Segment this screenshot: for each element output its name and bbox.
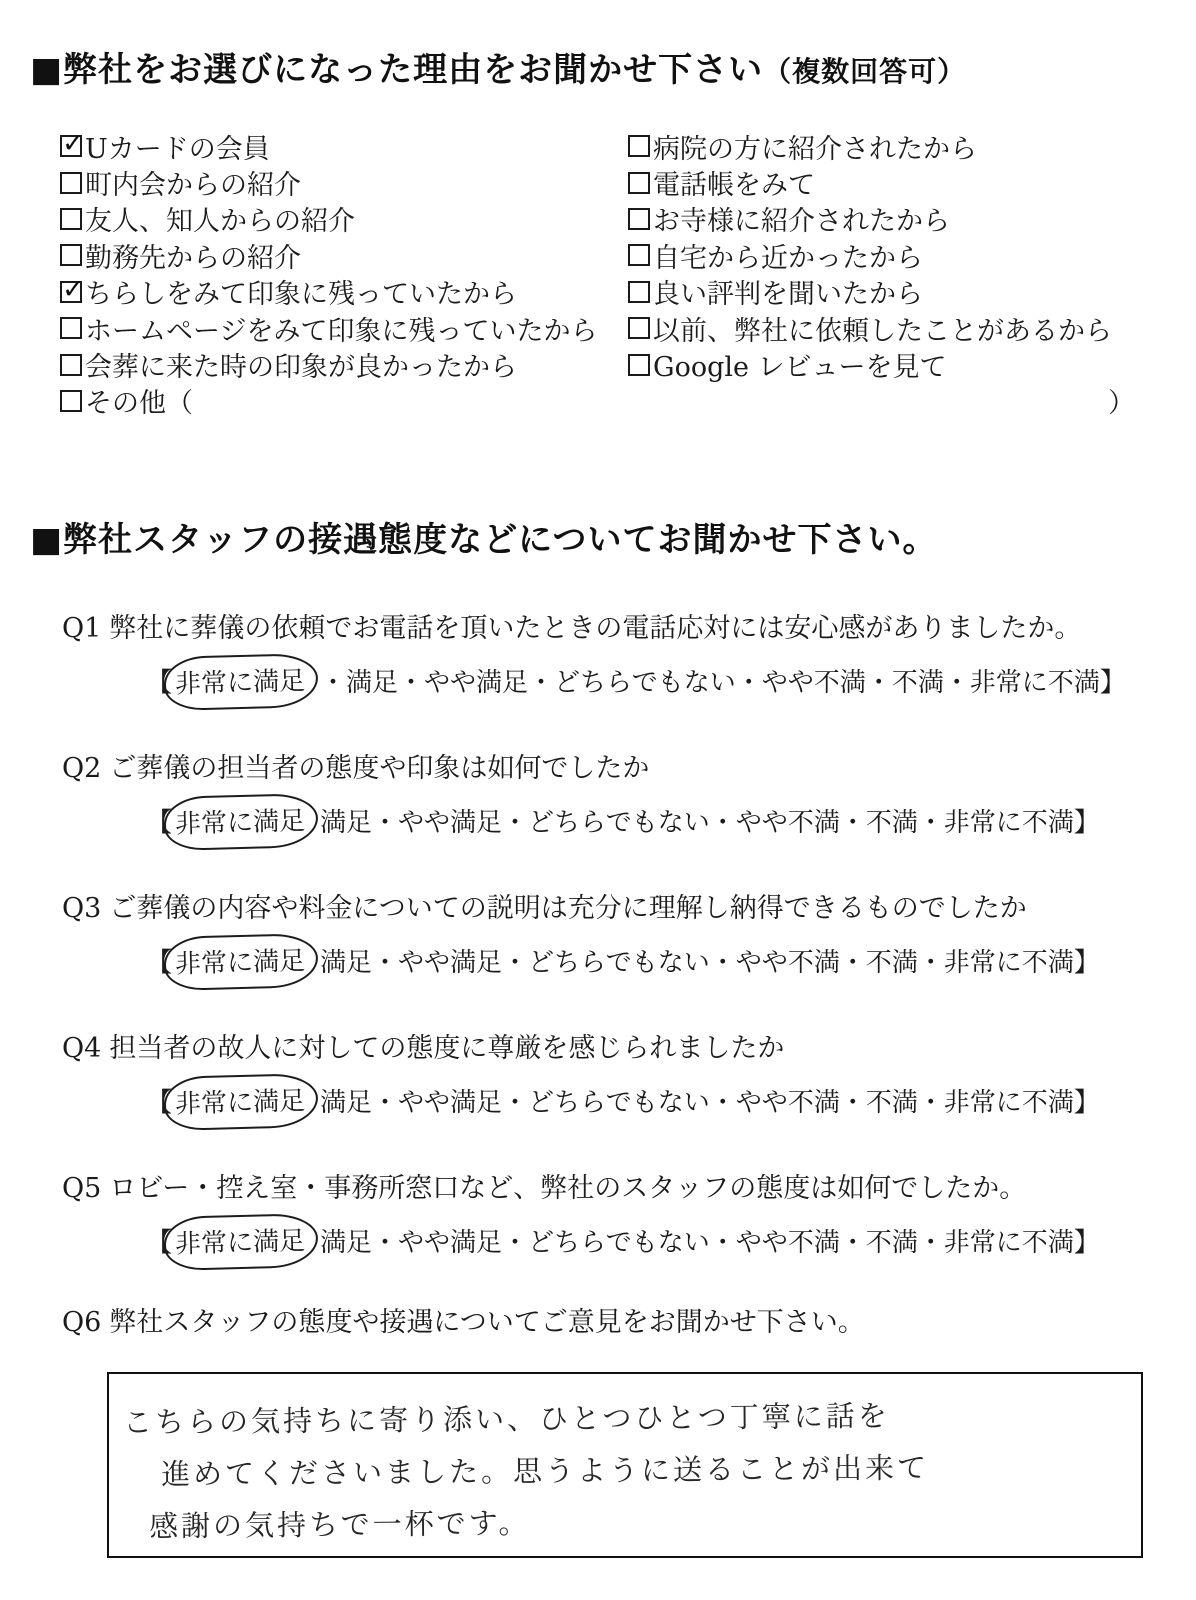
question-q2: Q2ご葬儀の担当者の態度や印象は如何でしたか 【非常に満足満足・やや満足・どちら…	[62, 746, 1152, 845]
question-number: Q1	[62, 613, 101, 644]
option-jitaku: 自宅から近かったから	[628, 237, 1150, 273]
question-text: Q3ご葬儀の内容や料金についての説明は充分に理解し納得できるものでしたか	[62, 886, 1152, 925]
option-label: ホームページをみて印象に残っていたから	[85, 309, 597, 348]
section2-title-text: ■弊社スタッフの接遇態度などについてお聞かせ下さい。	[30, 520, 937, 560]
option-label: 自宅から近かったから	[653, 236, 923, 275]
circled-answer[interactable]: 非常に満足	[163, 653, 318, 711]
scale-remaining-options: 満足・やや満足・どちらでもない・やや不満・不満・非常に不満】	[320, 1088, 1100, 1118]
scale-remaining-options: 満足・やや満足・どちらでもない・やや不満・不満・非常に不満】	[320, 808, 1100, 838]
checkbox[interactable]	[60, 390, 82, 412]
option-byoin: 病院の方に紹介されたから	[628, 128, 1150, 164]
option-kaiso: 会葬に来た時の印象が良かったから	[60, 346, 626, 382]
checkbox[interactable]	[60, 354, 82, 376]
checkbox[interactable]	[628, 317, 650, 339]
section1-title-note: （複数回答可）	[763, 55, 966, 88]
question-number: Q6	[62, 1307, 101, 1338]
checkbox[interactable]	[628, 281, 650, 303]
checkbox[interactable]	[628, 135, 650, 157]
checkbox[interactable]	[60, 244, 82, 266]
satisfaction-scale: 【非常に満足満足・やや満足・どちらでもない・やや不満・不満・非常に不満】	[146, 1081, 1152, 1125]
question-q3: Q3ご葬儀の内容や料金についての説明は充分に理解し納得できるものでしたか 【非常…	[62, 886, 1152, 985]
circled-answer[interactable]: 非常に満足	[163, 793, 318, 851]
option-label: Google レビューを見て	[653, 345, 947, 384]
question-q6: Q6弊社スタッフの態度や接遇についてご意見をお聞かせ下さい。	[62, 1300, 1152, 1339]
checkbox[interactable]	[628, 244, 650, 266]
check-icon: ✓	[62, 274, 85, 305]
option-other: その他（ ）	[60, 381, 1135, 420]
checkbox[interactable]	[60, 317, 82, 339]
option-label: 病院の方に紹介されたから	[653, 127, 977, 166]
option-label: 良い評判を聞いたから	[653, 272, 923, 311]
scale-remaining-options: 満足・やや満足・どちらでもない・やや不満・不満・非常に不満】	[320, 1228, 1100, 1258]
option-label: 友人、知人からの紹介	[85, 199, 355, 238]
checkbox[interactable]: ✓	[60, 135, 82, 157]
handwritten-comment-line: 感謝の気持ちで一杯です。	[149, 1492, 1141, 1553]
option-otera: お寺様に紹介されたから	[628, 201, 1150, 237]
circled-answer[interactable]: 非常に満足	[163, 1073, 318, 1131]
question-text: Q4担当者の故人に対しての態度に尊厳を感じられましたか	[62, 1026, 1152, 1065]
circled-answer[interactable]: 非常に満足	[163, 933, 318, 991]
question-text: Q6弊社スタッフの態度や接遇についてご意見をお聞かせ下さい。	[62, 1300, 1152, 1339]
section1-title-text: ■弊社をお選びになった理由をお聞かせ下さい	[30, 50, 763, 90]
question-q4: Q4担当者の故人に対しての態度に尊厳を感じられましたか 【非常に満足満足・やや満…	[62, 1026, 1152, 1125]
option-denwacho: 電話帳をみて	[628, 164, 1150, 200]
option-homepage: ホームページをみて印象に残っていたから	[60, 310, 626, 346]
question-number: Q5	[62, 1173, 101, 1204]
option-label: 会葬に来た時の印象が良かったから	[85, 345, 517, 384]
handwritten-comment-line: 進めてくださいました。思うように送ることが出来て	[161, 1440, 1141, 1501]
reason-options-left: ✓Uカードの会員 町内会からの紹介 友人、知人からの紹介 勤務先からの紹介 ✓ち…	[60, 128, 626, 383]
option-chirashi: ✓ちらしをみて印象に残っていたから	[60, 274, 626, 310]
option-label: お寺様に紹介されたから	[653, 199, 950, 238]
satisfaction-scale: 【非常に満足・満足・やや満足・どちらでもない・やや不満・不満・非常に不満】	[146, 661, 1152, 705]
question-number: Q2	[62, 753, 101, 784]
option-label: Uカードの会員	[85, 127, 270, 166]
option-label: 町内会からの紹介	[85, 163, 301, 202]
question-number: Q4	[62, 1033, 101, 1064]
option-kinmusaki: 勤務先からの紹介	[60, 237, 626, 273]
option-hyoban: 良い評判を聞いたから	[628, 274, 1150, 310]
question-text: Q1弊社に葬儀の依頼でお電話を頂いたときの電話応対には安心感がありましたか。	[62, 606, 1152, 645]
question-number: Q3	[62, 893, 101, 924]
reason-options: ✓Uカードの会員 町内会からの紹介 友人、知人からの紹介 勤務先からの紹介 ✓ち…	[60, 128, 1150, 383]
scale-separator: ・	[320, 668, 346, 698]
section2-title: ■弊社スタッフの接遇態度などについてお聞かせ下さい。	[30, 512, 937, 561]
question-text: Q2ご葬儀の担当者の態度や印象は如何でしたか	[62, 746, 1152, 785]
other-close-paren: ）	[1108, 381, 1135, 420]
checkbox[interactable]: ✓	[60, 281, 82, 303]
satisfaction-scale: 【非常に満足満足・やや満足・どちらでもない・やや不満・不満・非常に不満】	[146, 1221, 1152, 1265]
question-text: Q5ロビー・控え室・事務所窓口など、弊社のスタッフの態度は如何でしたか。	[62, 1166, 1152, 1205]
scale-remaining-options: 満足・やや満足・どちらでもない・やや不満・不満・非常に不満】	[346, 668, 1126, 698]
reason-options-right: 病院の方に紹介されたから 電話帳をみて お寺様に紹介されたから 自宅から近かった…	[628, 128, 1150, 383]
checkbox[interactable]	[628, 208, 650, 230]
satisfaction-scale: 【非常に満足満足・やや満足・どちらでもない・やや不満・不満・非常に不満】	[146, 941, 1152, 985]
option-u-card: ✓Uカードの会員	[60, 128, 626, 164]
question-q1: Q1弊社に葬儀の依頼でお電話を頂いたときの電話応対には安心感がありましたか。 【…	[62, 606, 1152, 705]
circled-answer[interactable]: 非常に満足	[163, 1213, 318, 1271]
option-google-review: Google レビューを見て	[628, 346, 1150, 382]
question-q5: Q5ロビー・控え室・事務所窓口など、弊社のスタッフの態度は如何でしたか。 【非常…	[62, 1166, 1152, 1265]
check-icon: ✓	[62, 128, 85, 159]
handwritten-comment-line: こちらの気持ちに寄り添い、ひとつひとつ丁寧に話を	[123, 1388, 1141, 1449]
checkbox[interactable]	[628, 354, 650, 376]
option-label: 以前、弊社に依頼したことがあるから	[653, 309, 1112, 348]
section1-title: ■弊社をお選びになった理由をお聞かせ下さい（複数回答可）	[30, 42, 966, 91]
checkbox[interactable]	[628, 172, 650, 194]
option-label: 電話帳をみて	[653, 163, 815, 202]
checkbox[interactable]	[60, 172, 82, 194]
option-label: ちらしをみて印象に残っていたから	[85, 272, 517, 311]
scale-remaining-options: 満足・やや満足・どちらでもない・やや不満・不満・非常に不満】	[320, 948, 1100, 978]
option-izen: 以前、弊社に依頼したことがあるから	[628, 310, 1150, 346]
comment-box[interactable]: こちらの気持ちに寄り添い、ひとつひとつ丁寧に話を 進めてくださいました。思うよう…	[107, 1372, 1143, 1558]
option-label: その他（	[85, 381, 193, 420]
option-chonaikai: 町内会からの紹介	[60, 164, 626, 200]
checkbox[interactable]	[60, 208, 82, 230]
option-yujin: 友人、知人からの紹介	[60, 201, 626, 237]
satisfaction-scale: 【非常に満足満足・やや満足・どちらでもない・やや不満・不満・非常に不満】	[146, 801, 1152, 845]
scanned-survey-page: ■弊社をお選びになった理由をお聞かせ下さい（複数回答可） ✓Uカードの会員 町内…	[0, 0, 1196, 1600]
option-label: 勤務先からの紹介	[85, 236, 301, 275]
